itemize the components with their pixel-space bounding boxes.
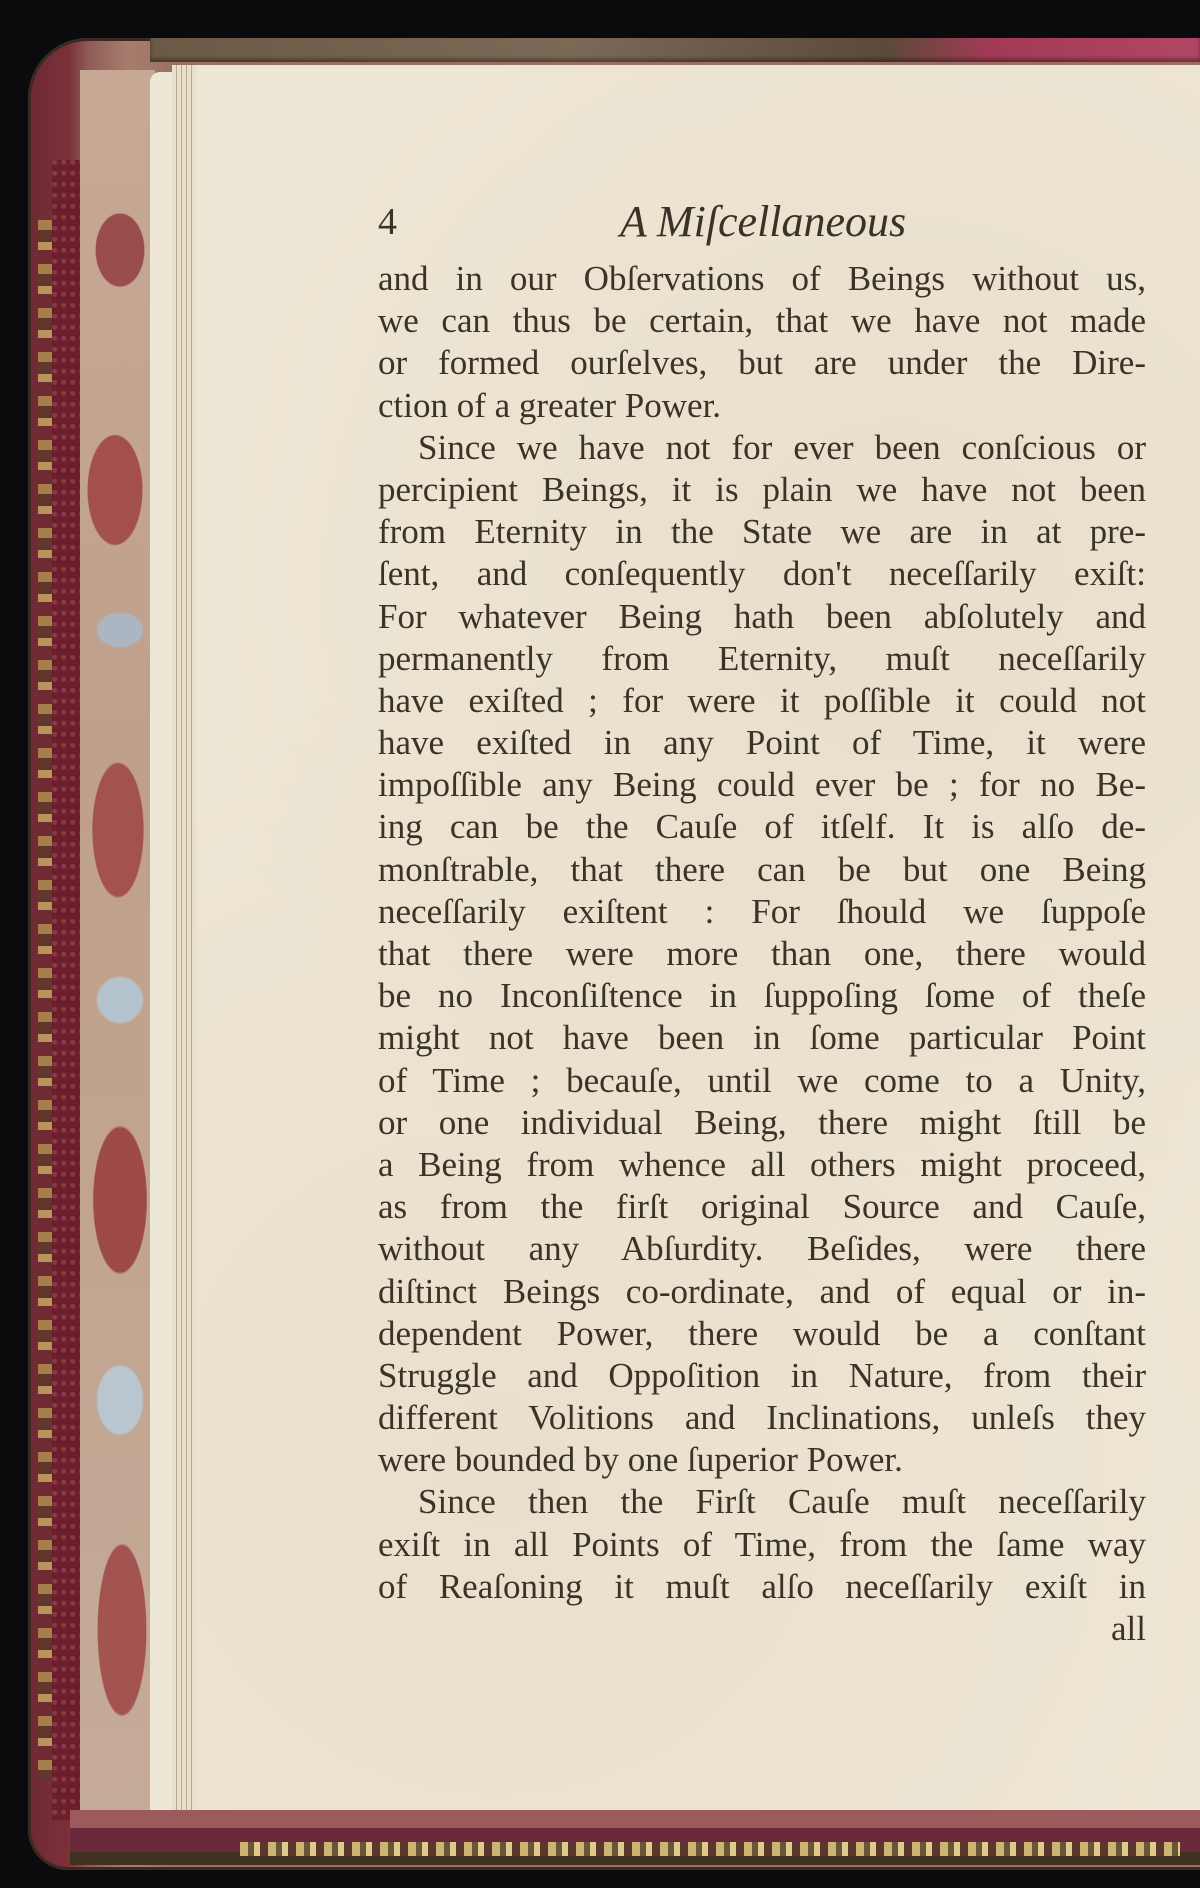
text-line: were bounded by one ſuperior Power. [378, 1439, 1146, 1481]
text-line: of Time ; becauſe, until we come to a Un… [378, 1060, 1146, 1102]
text-line: Since we have not for ever been conſciou… [378, 427, 1146, 469]
text-line: without any Abſurdity. Beſides, were the… [378, 1228, 1146, 1270]
bottom-binding-edge [70, 1810, 1200, 1865]
text-line: monſtrable, that there can be but one Be… [378, 849, 1146, 891]
text-line: diſtinct Beings co-ordinate, and of equa… [378, 1271, 1146, 1313]
text-line: impoſſible any Being could ever be ; for… [378, 764, 1146, 806]
page-edges [172, 65, 198, 1810]
marbled-endpaper [80, 70, 155, 1830]
top-binding-edge [150, 38, 1200, 62]
text-line: as from the firſt original Source and Ca… [378, 1186, 1146, 1228]
text-line: have exiſted in any Point of Time, it we… [378, 722, 1146, 764]
text-line: Since then the Firſt Cauſe muſt neceſſar… [378, 1481, 1146, 1523]
body-text: and in our Obſervations of Beings withou… [378, 258, 1146, 1650]
text-line: dependent Power, there would be a conſta… [378, 1313, 1146, 1355]
text-line: from Eternity in the State we are in at … [378, 511, 1146, 553]
text-line: For whatever Being hath been abſolutely … [378, 596, 1146, 638]
catchword: all [378, 1608, 1146, 1650]
gilt-spine-edge [38, 220, 52, 1780]
text-line: percipient Beings, it is plain we have n… [378, 469, 1146, 511]
text-line: ſent, and conſequently don't neceſſarily… [378, 553, 1146, 595]
text-line: Struggle and Oppoſition in Nature, from … [378, 1355, 1146, 1397]
text-line: or formed ourſelves, but are under the D… [378, 342, 1146, 384]
text-line: a Being from whence all others might pro… [378, 1144, 1146, 1186]
text-line: of Reaſoning it muſt alſo neceſſarily ex… [378, 1566, 1146, 1608]
text-line: might not have been in ſome particular P… [378, 1017, 1146, 1059]
text-line: different Volitions and Inclinations, un… [378, 1397, 1146, 1439]
text-line: or one individual Being, there might ſti… [378, 1102, 1146, 1144]
running-head: A Miſcellaneous [578, 196, 948, 247]
text-line: neceſſarily exiſtent : For ſhould we ſup… [378, 891, 1146, 933]
text-line: exiſt in all Points of Time, from the ſa… [378, 1524, 1146, 1566]
text-line: permanently from Eternity, muſt neceſſar… [378, 638, 1146, 680]
gold-tooling [240, 1842, 1180, 1856]
text-line: and in our Obſervations of Beings withou… [378, 258, 1146, 300]
page-header: 4 A Miſcellaneous [378, 196, 1148, 248]
text-line: that there were more than one, there wou… [378, 933, 1146, 975]
text-line: ction of a greater Power. [378, 385, 1146, 427]
text-line: ing can be the Cauſe of itſelf. It is al… [378, 806, 1146, 848]
text-line: be no Inconſiſtence in ſuppoſing ſome of… [378, 975, 1146, 1017]
page-number: 4 [378, 200, 397, 244]
text-line: we can thus be certain, that we have not… [378, 300, 1146, 342]
red-leather-binding [52, 160, 80, 1820]
text-line: have exiſted ; for were it poſſible it c… [378, 680, 1146, 722]
